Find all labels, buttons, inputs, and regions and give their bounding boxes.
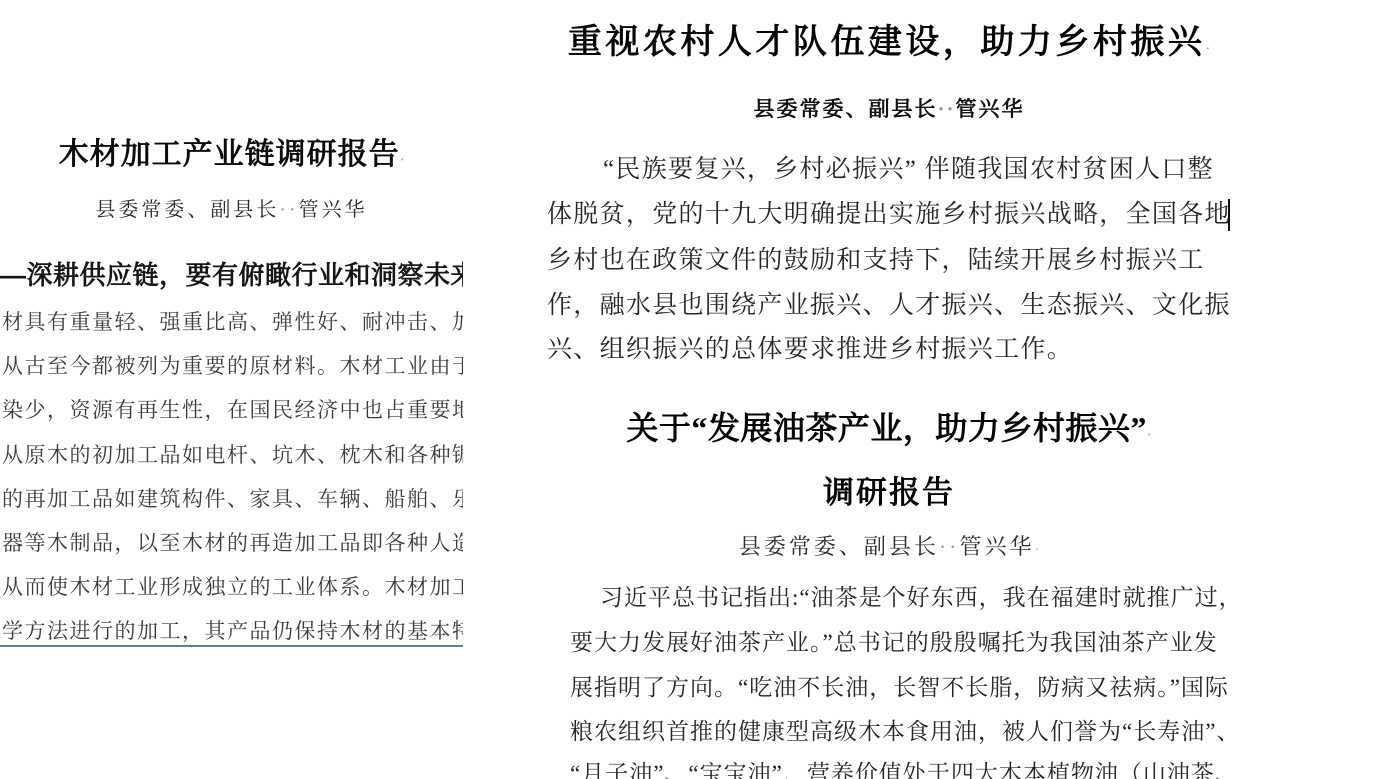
text-cursor — [1228, 199, 1230, 231]
article2-title-line2: 调研报告 — [547, 477, 1231, 508]
article1-title: 重视农村人才队伍建设，助力乡村振兴· — [547, 26, 1231, 60]
left-body-line: 从古至今都被列为重要的原材料。木材工业由于 — [2, 356, 463, 377]
paragraph-mark: · — [1035, 543, 1040, 558]
left-body-line: 器等木制品，以至木材的再造加工品即各种人造 — [2, 533, 463, 554]
article1-body-line: “民族要复兴，乡村必振兴” 伴随我国农村贫困人口整 — [547, 157, 1214, 182]
space-marks: ·· — [279, 199, 298, 221]
left-page[interactable]: 木材加工产业链调研报告· 县委常委、副县长··管兴华 —深耕供应链，要有俯瞰行业… — [0, 0, 463, 779]
article2-body-line: 习近平总书记指出:“油茶是个好东西，我在福建时就推广过， — [570, 586, 1243, 609]
right-text-column: 重视农村人才队伍建设，助力乡村振兴· 县委常委、副县长··管兴华 “民族要复兴，… — [547, 0, 1231, 779]
left-body-line: 从原木的初加工品如电杆、坑木、枕木和各种锯 — [2, 445, 463, 466]
left-lead-line: —深耕供应链，要有俯瞰行业和洞察未来的视野 — [0, 262, 463, 288]
article2-byline: 县委常委、副县长··管兴华· — [547, 536, 1231, 558]
article2-body-line: “月子油”、“宝宝油”，营养价值处于四大木本植物油（山油茶、 — [570, 762, 1239, 779]
left-body-line: 染少，资源有再生性，在国民经济中也占重要地 — [2, 400, 463, 421]
article1-body-line: 作，融水县也围绕产业振兴、人才振兴、生态振兴、文化振 — [547, 293, 1231, 318]
article2-body-line: 要大力发展好油茶产业。”总书记的殷殷嘱托为我国油茶产业发 — [570, 631, 1218, 654]
article1-body-line: 兴、组织振兴的总体要求推进乡村振兴工作。 — [547, 337, 1073, 362]
paragraph-mark: · — [1205, 42, 1210, 57]
article1-body-line: 乡村也在政策文件的鼓励和支持下，陆续开展乡村振兴工 — [547, 248, 1205, 273]
left-body-line: 材具有重量轻、强重比高、弹性好、耐冲击、加 — [2, 312, 463, 333]
space-marks: ·· — [937, 97, 955, 121]
space-marks: ·· — [939, 534, 960, 559]
underline-rule — [0, 645, 463, 647]
article2-body-line: 粮农组织首推的健康型高级木本食用油，被人们誉为“长寿油”、 — [570, 720, 1240, 743]
article2-title-line1: 关于“发展油茶产业，助力乡村振兴”· — [547, 412, 1231, 444]
left-doc-byline: 县委常委、副县长··管兴华 — [0, 200, 463, 220]
article1-byline: 县委常委、副县长··管兴华 — [547, 99, 1231, 120]
left-body-line: 的再加工品如建筑构件、家具、车辆、船舶、乐 — [2, 489, 463, 510]
paragraph-mark: · — [400, 153, 405, 168]
left-body-line: 从而使木材工业形成独立的工业体系。木材加工 — [2, 577, 463, 598]
article2-body-line: 展指明了方向。“吃油不长油，长智不长脂，防病又祛病。”国际 — [570, 676, 1229, 699]
left-body-line: 学方法进行的加工，其产品仍保持木材的基本特 — [2, 621, 463, 642]
paragraph-mark: · — [1147, 428, 1152, 443]
right-page[interactable]: 重视农村人才队伍建设，助力乡村振兴· 县委常委、副县长··管兴华 “民族要复兴，… — [540, 0, 1386, 779]
article1-body-line: 体脱贫，党的十九大明确提出实施乡村振兴战略，全国各地 — [547, 202, 1231, 227]
left-doc-title: 木材加工产业链调研报告· — [0, 140, 463, 170]
